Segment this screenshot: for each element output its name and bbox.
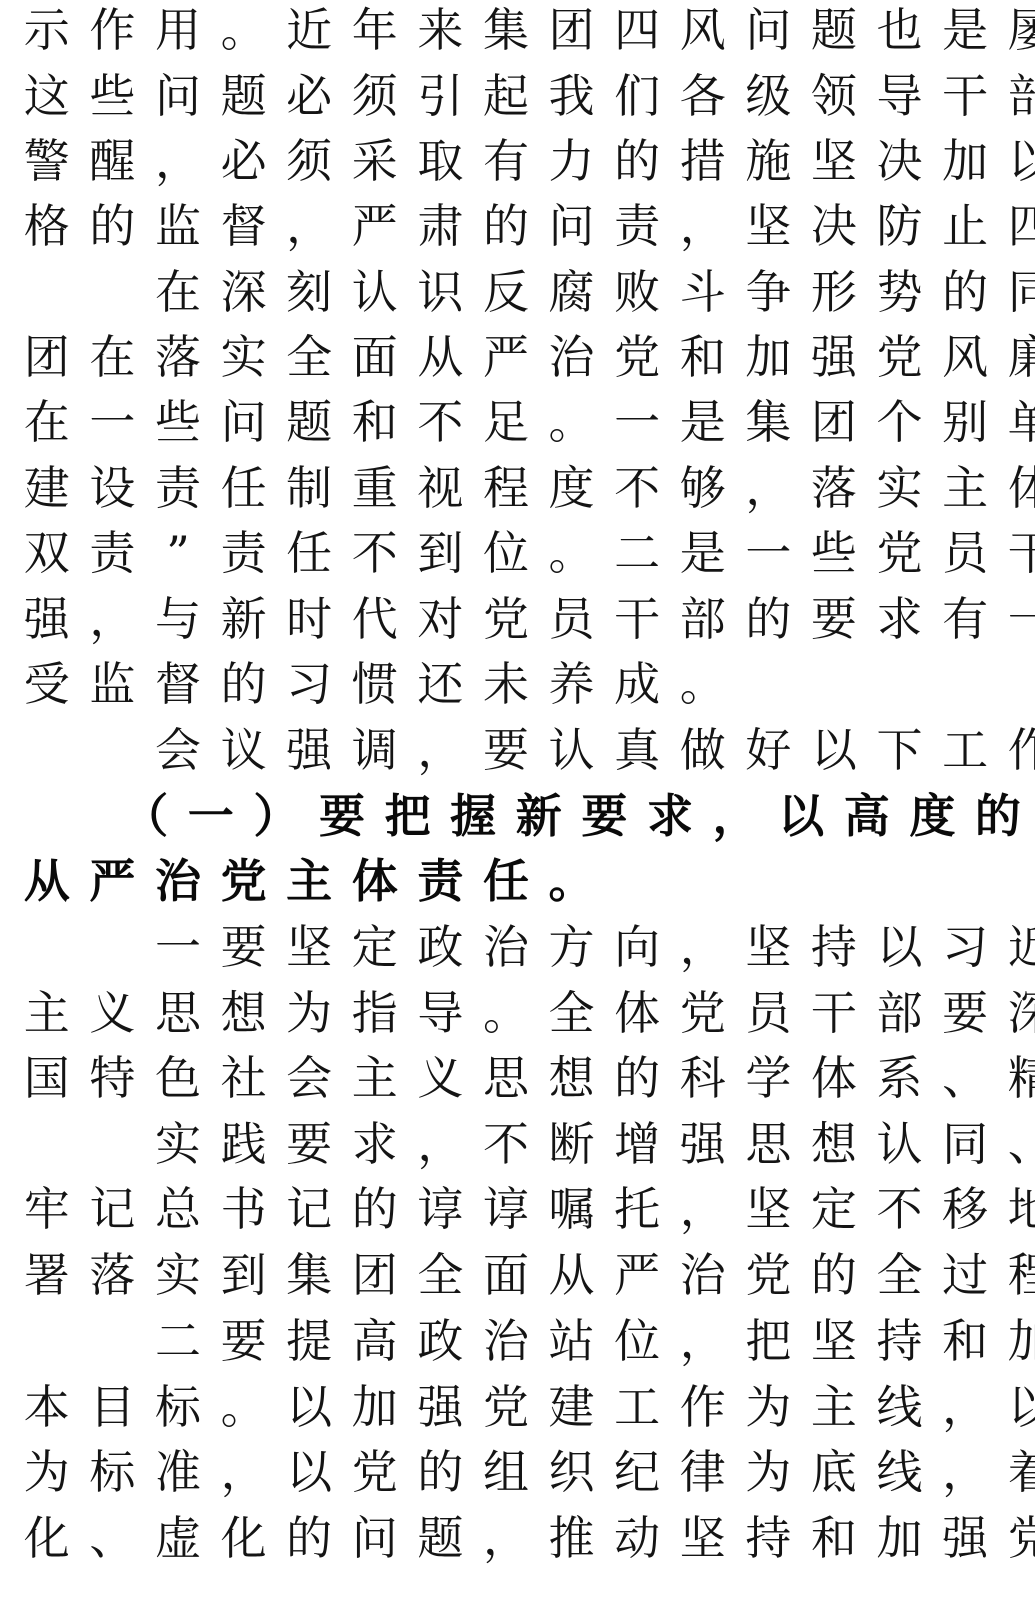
glyph: 的 [736,589,802,649]
glyph: 落 [80,1245,146,1305]
glyph: 标 [145,1377,211,1437]
glyph: 这 [14,66,80,126]
glyph: 我 [539,66,605,126]
glyph: 思 [145,983,211,1043]
glyph: 以 [276,1442,342,1502]
glyph: 肃 [408,196,474,256]
glyph: 实 [145,1114,211,1174]
glyph: 制 [276,458,342,518]
glyph: 加 [867,1508,933,1568]
glyph: 以 [998,1377,1035,1437]
glyph: 习 [276,654,342,714]
glyph: 到 [408,523,474,583]
glyph: 领 [801,66,867,126]
glyph: 单 [998,392,1035,452]
glyph: 织 [539,1442,605,1502]
paragraph-line: 一要坚定政治方向，坚持以习近平新时代中国特色社会 [145,917,1035,977]
glyph: 要 [932,983,998,1043]
glyph: 部 [867,983,933,1043]
glyph: 的 [473,196,539,256]
paragraph-line: 化、虚化的问题，推动坚持和加强党的全面领导真正落到实 [14,1508,1035,1568]
glyph: 、 [998,1114,1035,1174]
glyph: 加 [998,1311,1035,1371]
glyph: 地 [998,1179,1035,1239]
glyph: 和 [932,1311,998,1371]
glyph: 度 [539,458,605,518]
glyph: 增 [604,1114,670,1174]
glyph: 从 [408,327,474,387]
glyph: 部 [998,66,1035,126]
glyph: 、 [80,1508,146,1568]
glyph: 干 [932,66,998,126]
glyph: 思 [473,1048,539,1108]
glyph: 和 [801,1508,867,1568]
glyph: 强 [932,1508,998,1568]
paragraph-line: 为标准，以党的组织纪律为底线，着力解决好一些党组织弱 [14,1442,1035,1502]
glyph: 题 [801,0,867,60]
glyph: 以 [801,720,867,780]
glyph: 握 [440,786,506,846]
glyph: 持 [736,1508,802,1568]
glyph: 目 [80,1377,146,1437]
glyph: 视 [408,458,474,518]
glyph: 四 [998,196,1035,256]
glyph: 强 [801,327,867,387]
paragraph-line: 在深刻认识反腐败斗争形势的同时，也要清醒看到，集 [145,262,1035,322]
glyph: 题 [211,66,277,126]
glyph: 会 [145,720,211,780]
glyph: 深 [998,983,1035,1043]
glyph: （ [112,786,178,846]
glyph: 化 [211,1508,277,1568]
glyph: 在 [145,262,211,322]
glyph: 社 [211,1048,277,1108]
glyph: 止 [932,196,998,256]
glyph: 好 [736,720,802,780]
glyph: 组 [473,1442,539,1502]
glyph: 、 [932,1048,998,1108]
glyph: 谆 [408,1179,474,1239]
glyph: 科 [670,1048,736,1108]
glyph: 主 [932,458,998,518]
glyph: 想 [801,1114,867,1174]
glyph: 是 [932,0,998,60]
paragraph-line: 牢记总书记的谆谆嘱托，坚定不移地把全面从严治党重要部 [14,1179,1035,1239]
glyph: 纪 [604,1442,670,1502]
glyph: 个 [867,392,933,452]
glyph: 用 [145,0,211,60]
glyph: 必 [211,131,277,191]
glyph: 干 [998,523,1035,583]
glyph: 线 [867,1377,933,1437]
glyph: 引 [408,66,474,126]
glyph: 体 [604,983,670,1043]
glyph: ， [670,917,736,977]
glyph: 员 [539,589,605,649]
paragraph-line: 在一些问题和不足。一是集团个别单位和部门落实党风廉政 [14,392,1035,452]
glyph: 治 [539,327,605,387]
glyph: 必 [276,66,342,126]
glyph: 形 [801,262,867,322]
glyph: 会 [276,1048,342,1108]
glyph: 全 [408,1245,474,1305]
glyph: 级 [736,66,802,126]
glyph: 二 [604,523,670,583]
glyph: 问 [342,1508,408,1568]
glyph: 记 [80,1179,146,1239]
glyph: 导 [408,983,474,1043]
glyph: 建 [539,1377,605,1437]
glyph: 责 [211,523,277,583]
paragraph-line: 主义思想为指导。全体党员干部要深入理解习近平新时代中 [14,983,1035,1043]
glyph: 从 [14,851,80,911]
glyph: 全 [276,327,342,387]
glyph: 和 [670,327,736,387]
glyph: 争 [736,262,802,322]
glyph: 也 [867,0,933,60]
glyph: 同 [932,1114,998,1174]
glyph: 责 [145,458,211,518]
glyph: 腐 [539,262,605,322]
glyph: 体 [998,458,1035,518]
glyph: 求 [342,1114,408,1174]
glyph: 的 [408,1442,474,1502]
glyph: 屡 [998,0,1035,60]
glyph: 着 [998,1442,1035,1502]
glyph: 程 [473,458,539,518]
glyph: 对 [408,589,474,649]
glyph: 题 [408,1508,474,1568]
glyph: 精 [998,1048,1035,1108]
glyph: 站 [539,1311,605,1371]
glyph: 作 [670,1377,736,1437]
glyph: 嘱 [539,1179,605,1239]
glyph: 准 [145,1442,211,1502]
glyph: 。 [539,523,605,583]
glyph: 要 [276,1114,342,1174]
glyph: 集 [736,392,802,452]
glyph: 定 [342,917,408,977]
glyph: 决 [801,196,867,256]
glyph: 干 [801,983,867,1043]
glyph: 风 [932,327,998,387]
glyph: 。 [473,983,539,1043]
glyph: 位 [473,523,539,583]
glyph: 的 [276,1508,342,1568]
glyph: 从 [539,1245,605,1305]
glyph: 党 [998,1508,1035,1568]
glyph: 不 [473,1114,539,1174]
glyph: 反 [473,262,539,322]
glyph: ， [408,720,474,780]
glyph: 化 [14,1508,80,1568]
glyph: 力 [539,131,605,191]
glyph: 的 [211,654,277,714]
glyph: 决 [867,131,933,191]
glyph: 问 [145,66,211,126]
glyph: 主 [342,1048,408,1108]
glyph: 想 [539,1048,605,1108]
glyph: 来 [408,0,474,60]
glyph: 牢 [14,1179,80,1239]
glyph: 势 [867,262,933,322]
section-heading-line: 从严治党主体责任。 [14,851,604,911]
glyph: 要 [309,786,375,846]
glyph: 督 [211,196,277,256]
glyph: 党 [604,327,670,387]
glyph: 防 [867,196,933,256]
glyph: 些 [801,523,867,583]
glyph: 持 [867,1311,933,1371]
glyph: 员 [932,523,998,583]
glyph: 坚 [670,1508,736,1568]
glyph: 须 [276,131,342,191]
glyph: 总 [145,1179,211,1239]
glyph: 的 [80,196,146,256]
glyph: 风 [670,0,736,60]
paragraph-line: 示作用。近年来集团四风问题也是屡禁不止，且时有发生。 [14,0,1035,60]
glyph: 为 [14,1442,80,1502]
glyph: 严 [604,1245,670,1305]
glyph: 有 [473,131,539,191]
glyph: 义 [408,1048,474,1108]
glyph: 一 [998,589,1035,649]
glyph: 刻 [276,262,342,322]
glyph: 团 [801,392,867,452]
glyph: 主 [276,851,342,911]
glyph: 党 [342,1442,408,1502]
glyph: 调 [342,720,408,780]
glyph: 严 [473,327,539,387]
glyph: 把 [736,1311,802,1371]
glyph: 二 [145,1311,211,1371]
glyph: 党 [473,1377,539,1437]
glyph: ， [145,131,211,191]
glyph: ， [932,1442,998,1502]
glyph: 政 [408,917,474,977]
glyph: ， [276,196,342,256]
section-heading-line: （一）要把握新要求，以高度的政治担当认真履行全面 [112,786,1035,846]
glyph: 的 [604,131,670,191]
glyph: 的 [932,262,998,322]
glyph: 特 [80,1048,146,1108]
glyph: 重 [342,458,408,518]
glyph: 督 [145,654,211,714]
document-page: 示作用。近年来集团四风问题也是屡禁不止，且时有发生。这些问题必须引起我们各级领导… [0,0,1035,1600]
glyph: 坚 [276,917,342,977]
glyph: 双 [14,523,80,583]
glyph: 。 [211,0,277,60]
glyph: 书 [211,1179,277,1239]
glyph: 不 [342,523,408,583]
glyph: 谆 [473,1179,539,1239]
paragraph-line: 本目标。以加强党建工作为主线，以“四好领导班子”建设 [14,1377,1035,1437]
glyph: 。 [670,654,736,714]
glyph: ， [80,589,146,649]
glyph: 要 [801,589,867,649]
glyph: 断 [539,1114,605,1174]
glyph: 别 [932,392,998,452]
glyph: ， [670,1179,736,1239]
glyph: 加 [342,1377,408,1437]
glyph: 设 [80,458,146,518]
glyph: 下 [867,720,933,780]
glyph: ， [670,196,736,256]
glyph: 体 [342,851,408,911]
glyph: 代 [342,589,408,649]
glyph: 部 [670,589,736,649]
glyph: 醒 [80,131,146,191]
paragraph-line: 双责”责任不到位。二是一些党员干部政治意识规矩意识不 [14,523,1035,583]
glyph: 廉 [998,327,1035,387]
glyph: 认 [867,1114,933,1174]
glyph: 问 [736,0,802,60]
glyph: 线 [867,1442,933,1502]
glyph: 移 [932,1179,998,1239]
glyph: 与 [145,589,211,649]
glyph: 严 [342,196,408,256]
glyph: ， [473,1508,539,1568]
glyph: 程 [998,1245,1035,1305]
glyph: 要 [211,1311,277,1371]
glyph: 受 [14,654,80,714]
glyph: 坚 [801,1311,867,1371]
glyph: 全 [539,983,605,1043]
glyph: 全 [867,1245,933,1305]
glyph: 题 [276,392,342,452]
glyph: 集 [473,0,539,60]
glyph: 坚 [736,196,802,256]
glyph: 是 [670,392,736,452]
glyph: 监 [145,196,211,256]
glyph: 体 [801,1048,867,1108]
glyph: 同 [998,262,1035,322]
glyph: 主 [14,983,80,1043]
paragraph-line: 二要提高政治站位，把坚持和加强党的全面领导作为根 [145,1311,1035,1371]
glyph: 主 [801,1377,867,1437]
glyph: 党 [736,1245,802,1305]
glyph: 导 [867,66,933,126]
glyph: 格 [14,196,80,256]
paragraph-line: 格的监督，严肃的问责，坚决防止四风问题的回潮和复燃。 [14,196,1035,256]
glyph: 监 [80,654,146,714]
glyph: 集 [276,1245,342,1305]
glyph: 不 [604,458,670,518]
glyph: 托 [604,1179,670,1239]
glyph: 真 [604,720,670,780]
glyph: 深 [211,262,277,322]
glyph: 党 [211,851,277,911]
glyph: 足 [473,392,539,452]
glyph: 任 [473,851,539,911]
paragraph-line: 这些问题必须引起我们各级领导干部的高度重视和深刻的 [14,66,1035,126]
glyph: 治 [473,917,539,977]
glyph: 够 [670,458,736,518]
glyph: 成 [604,654,670,714]
glyph: 作 [998,720,1035,780]
glyph: 些 [80,66,146,126]
glyph: 党 [473,589,539,649]
glyph: 新 [211,589,277,649]
paragraph-line: 署落实到集团全面从严治党的全过程。 [14,1245,1035,1305]
paragraph-line: 受监督的习惯还未养成。 [14,654,736,714]
glyph: ， [932,1377,998,1437]
glyph: 坚 [801,131,867,191]
glyph: 干 [604,589,670,649]
glyph: 把 [375,786,441,846]
glyph: 起 [473,66,539,126]
glyph: 的 [604,1048,670,1108]
glyph: 还 [408,654,474,714]
glyph: 识 [408,262,474,322]
glyph: 年 [342,0,408,60]
glyph: 党 [867,327,933,387]
glyph: 国 [14,1048,80,1108]
glyph: 责 [408,851,474,911]
glyph: 高 [342,1311,408,1371]
glyph: 政 [1031,786,1035,846]
glyph: 工 [604,1377,670,1437]
glyph: 斗 [670,262,736,322]
glyph: 署 [14,1245,80,1305]
glyph: 员 [736,983,802,1043]
glyph: 。 [539,851,605,911]
glyph: 问 [539,196,605,256]
paragraph-line: 会议强调，要认真做好以下工作： [145,720,1035,780]
glyph: 责 [604,196,670,256]
paragraph-line: 强，与新时代对党员干部的要求有一定的差距。三是自觉接 [14,589,1035,649]
glyph: 警 [14,131,80,191]
glyph: 是 [670,523,736,583]
glyph: 任 [276,523,342,583]
glyph: 在 [14,392,80,452]
glyph: 标 [80,1442,146,1502]
paragraph-line: 警醒，必须采取有力的措施坚决加以遏制，以铁的纪律，严 [14,131,1035,191]
glyph: 采 [342,131,408,191]
glyph: 思 [736,1114,802,1174]
glyph: 作 [80,0,146,60]
glyph: 想 [211,983,277,1043]
glyph: 要 [211,917,277,977]
glyph: 养 [539,654,605,714]
glyph: 做 [670,720,736,780]
glyph: 严 [80,851,146,911]
glyph: 工 [932,720,998,780]
glyph: 记 [276,1179,342,1239]
glyph: 位 [604,1311,670,1371]
glyph: 近 [276,0,342,60]
glyph: 强 [14,589,80,649]
glyph: 实 [867,458,933,518]
glyph: 些 [145,392,211,452]
glyph: 为 [276,983,342,1043]
glyph: 政 [408,1311,474,1371]
glyph: 过 [932,1245,998,1305]
glyph: 强 [276,720,342,780]
glyph: 近 [998,917,1035,977]
glyph: 有 [932,589,998,649]
glyph: 治 [670,1245,736,1305]
glyph: 本 [14,1377,80,1437]
glyph: 一 [604,392,670,452]
glyph: 求 [637,786,703,846]
glyph: 不 [867,1179,933,1239]
glyph: 推 [539,1508,605,1568]
glyph: 时 [276,589,342,649]
glyph: 强 [408,1377,474,1437]
glyph: 一 [80,392,146,452]
glyph: 以 [998,131,1035,191]
